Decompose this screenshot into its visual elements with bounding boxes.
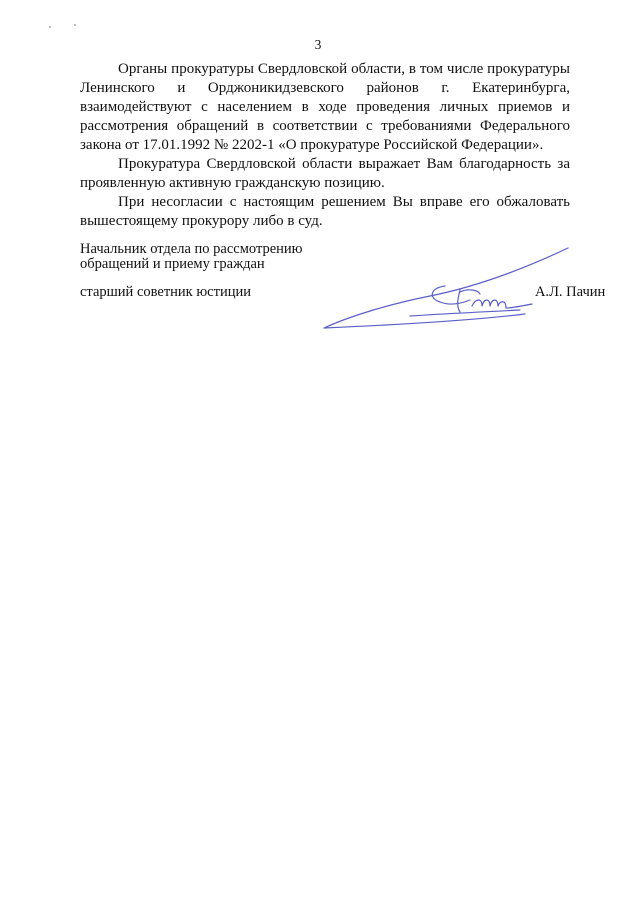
scan-speck <box>74 24 76 26</box>
page-number: 3 <box>0 37 636 53</box>
position-line-2: обращений и приему граждан <box>80 257 303 272</box>
signer-name: А.Л. Пачин <box>535 284 605 301</box>
paragraph-gratitude: Прокуратура Свердловской области выражае… <box>80 155 570 193</box>
paragraph-appeal-rights: При несогласии с настоящим решением Вы в… <box>80 193 570 231</box>
position-line-1: Начальник отдела по рассмотрению <box>80 242 303 257</box>
scan-speck <box>49 26 51 28</box>
letter-body: Органы прокуратуры Свердловской области,… <box>80 60 570 231</box>
paragraph-prosecution-interaction: Органы прокуратуры Свердловской области,… <box>80 60 570 155</box>
signatory-rank: старший советник юстиции <box>80 284 251 301</box>
signatory-position: Начальник отдела по рассмотрению обращен… <box>80 242 303 272</box>
